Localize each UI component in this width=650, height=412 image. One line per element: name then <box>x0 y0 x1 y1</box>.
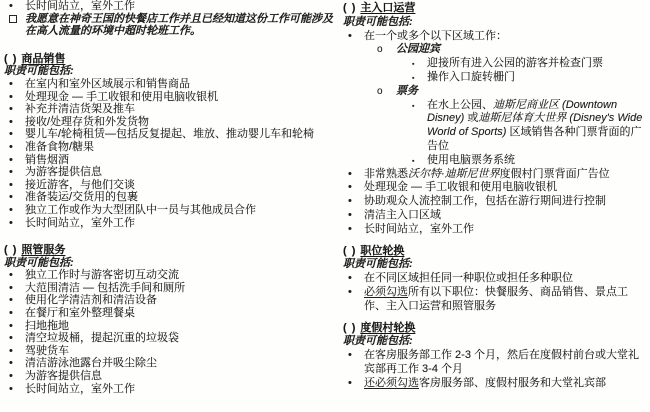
checkbox-parens: ( ) <box>343 2 356 14</box>
bullet-marker: • <box>9 0 13 13</box>
list-item-text: 在不同区域担任同一种职位或担任多种职位 <box>364 272 573 284</box>
section-title: 度假村轮换 <box>360 322 415 334</box>
list-item: •长时间站立，室外工作 <box>4 383 340 396</box>
bullet-marker: • <box>9 294 13 307</box>
bullet-marker: • <box>348 195 352 209</box>
text-run: 大范围清洁 — 包括洗手间和厕所 <box>25 282 185 294</box>
square-marker: ▪ <box>412 100 414 114</box>
bullet-marker: • <box>9 383 13 396</box>
list-item-text: 在餐厅和室外整理餐桌 <box>25 307 135 319</box>
bullet-marker: • <box>9 91 13 104</box>
list-item: •处理现金 — 手工收银和使用电脑收银机 <box>4 91 340 104</box>
bullet-marker: • <box>348 272 352 286</box>
list-item-text: 婴儿车/轮椅租赁—包括反复提起、堆放、推动婴儿车和轮椅 <box>25 128 314 140</box>
square-marker: ▪ <box>412 72 414 86</box>
section-heading: ( )度假村轮换 <box>343 322 648 336</box>
text-run: 在一个或多个以下区域工作： <box>364 30 507 42</box>
list-item-text: 独立工作或作为大型团队中一员与其他成员合作 <box>25 204 256 216</box>
section-title: 照管服务 <box>21 244 65 256</box>
text-run: 或 <box>464 112 478 124</box>
list-item: •长时间站立，室外工作 <box>343 223 648 237</box>
list-item: •在客房服务部工作 2-3 个月，然后在度假村前台或大堂礼宾部再工作 3-4 个… <box>343 349 648 377</box>
list-item-text: 票务 <box>396 85 418 97</box>
bullet-marker: • <box>348 377 352 391</box>
text-run: 非常熟悉 <box>364 168 408 180</box>
list-item: ▪操作入口旋转栅门 <box>343 71 648 85</box>
list-fast-food-carryover-list: •长时间站立，室外工作我愿意在神奇王国的快餐店工作并且已经知道这份工作可能涉及在… <box>4 0 340 38</box>
list-item-text: 销售烟酒 <box>25 154 69 166</box>
section-heading: ( )职位轮换 <box>343 245 648 259</box>
bullet-marker: • <box>9 191 13 204</box>
text-run: 清洁主入口区域 <box>364 209 441 221</box>
text-run: 在客房服务部工作 2-3 个月，然后在度假村前台或大堂礼宾部再工作 3-4 个月 <box>364 349 639 375</box>
scanned-document-page: •长时间站立，室外工作我愿意在神奇王国的快餐店工作并且已经知道这份工作可能涉及在… <box>0 0 650 412</box>
section-main-entrance-operations: ( )主入口运营职责可能包括:•在一个或多个以下区域工作：o公园迎宾▪迎接所有进… <box>343 2 648 237</box>
section-title: 职位轮换 <box>360 245 404 257</box>
left-column: •长时间站立，室外工作我愿意在神奇王国的快餐店工作并且已经知道这份工作可能涉及在… <box>4 0 340 395</box>
text-run: 还必须勾选 <box>364 377 419 389</box>
list-item: ▪使用电脑票务系统 <box>343 154 648 168</box>
text-run: 补充并清洁货架及推车 <box>25 103 135 115</box>
square-marker: ▪ <box>412 155 414 169</box>
section-subtitle: 职责可能包括: <box>343 258 648 272</box>
section-subtitle: 职责可能包括: <box>4 65 340 78</box>
text-run: 操作入口旋转栅门 <box>427 71 515 83</box>
list-item-text: 在水上公园、迪斯尼商业区 (Downtown Disney) 或迪斯尼体育大世界… <box>427 99 642 152</box>
text-run: 接收/处理存货和外发货物 <box>25 116 149 128</box>
list-item-text: 在客房服务部工作 2-3 个月，然后在度假村前台或大堂礼宾部再工作 3-4 个月 <box>364 349 639 375</box>
text-run: 沃尔特·迪斯尼世界 <box>408 168 500 180</box>
text-run: 长时间站立，室外工作 <box>25 383 135 395</box>
section-custodial-services: ( )照管服务职责可能包括:•独立工作时与游客密切互动交流•大范围清洁 — 包括… <box>4 244 340 395</box>
list-item-text: 为游客提供信息 <box>25 166 102 178</box>
section-subtitle: 职责可能包括: <box>343 16 648 30</box>
text-run: 接近游客，与他们交谈 <box>25 179 135 191</box>
list-item: •在室内和室外区域展示和销售商品 <box>4 78 340 91</box>
list-item: •协助观众人流控制工作，包括在游行期间进行控制 <box>343 195 648 209</box>
text-run: 长时间站立，室外工作 <box>25 0 135 12</box>
bullet-marker: • <box>9 370 13 383</box>
bullet-marker: • <box>9 103 13 116</box>
list-item: •还必须勾选客房服务部、度假村服务和大堂礼宾部 <box>343 377 648 391</box>
text-run: 婴儿车/轮椅租赁—包括反复提起、堆放、推动婴儿车和轮椅 <box>25 128 314 140</box>
list-item: •非常熟悉沃尔特·迪斯尼世界度假村门票背面广告位 <box>343 168 648 182</box>
bullet-marker: • <box>9 141 13 154</box>
list-item: •处理现金 — 手工收银和使用电脑收银机 <box>343 181 648 195</box>
text-run: 使用电脑票务系统 <box>427 154 515 166</box>
list-item: •清洁主入口区域 <box>343 209 648 223</box>
text-run: 在餐厅和室外整理餐桌 <box>25 307 135 319</box>
text-run: 长时间站立，室外工作 <box>364 223 474 235</box>
list-item: •接收/处理存货和外发货物 <box>4 116 340 129</box>
bullet-marker: • <box>9 179 13 192</box>
bullet-marker: • <box>348 30 352 44</box>
bullet-marker: • <box>9 154 13 167</box>
list-item-text: 公园迎宾 <box>396 43 440 55</box>
section-position-rotation: ( )职位轮换职责可能包括:•在不同区域担任同一种职位或担任多种职位•必须勾选所… <box>343 245 648 314</box>
list-item: •独立工作或作为大型团队中一员与其他成员合作 <box>4 204 340 217</box>
list-item-text: 准备装运/交货用的包裹 <box>25 191 138 203</box>
section-merchandise-sales: ( )商品销售职责可能包括:•在室内和室外区域展示和销售商品•处理现金 — 手工… <box>4 53 340 229</box>
list-item-text: 大范围清洁 — 包括洗手间和厕所 <box>25 282 185 294</box>
section-title: 主入口运营 <box>360 2 415 14</box>
checkbox-icon <box>9 15 17 23</box>
list-item-text: 长时间站立，室外工作 <box>364 223 474 235</box>
list-item: •补充并清洁货架及推车 <box>4 103 340 116</box>
text-run: 独立工作时与游客密切互动交流 <box>25 269 179 281</box>
list-item-text: 驾驶货车 <box>25 345 69 357</box>
list-item-text: 扫地拖地 <box>25 320 69 332</box>
list-item: o公园迎宾 <box>343 43 648 57</box>
text-run: 在水上公园、 <box>427 99 493 111</box>
text-run: 票务 <box>396 85 418 97</box>
bullet-marker: • <box>9 320 13 333</box>
list-item: •销售烟酒 <box>4 154 340 167</box>
section-heading: ( )主入口运营 <box>343 2 648 16</box>
list-item: •清洁游泳池露台并吸尘除尘 <box>4 357 340 370</box>
list-item: •长时间站立，室外工作 <box>4 217 340 230</box>
list-item-text: 必须勾选所有以下职位：快餐服务、商品销售、景点工作、主入口运营和照管服务 <box>364 286 628 312</box>
text-run: 准备食物/糖果 <box>25 141 94 153</box>
bullet-marker: • <box>9 332 13 345</box>
text-run: 度假村门票背面广告位 <box>500 168 610 180</box>
bullet-marker: • <box>348 209 352 223</box>
bullet-marker: • <box>348 349 352 363</box>
list-item-text: 非常熟悉沃尔特·迪斯尼世界度假村门票背面广告位 <box>364 168 610 180</box>
checkbox-parens: ( ) <box>343 245 356 257</box>
text-run: 在室内和室外区域展示和销售商品 <box>25 78 190 90</box>
section-subtitle: 职责可能包括: <box>4 257 340 270</box>
text-run: 使用化学清洁剂和清洁设备 <box>25 294 157 306</box>
list-item-text: 准备食物/糖果 <box>25 141 94 153</box>
list-item-text: 我愿意在神奇王国的快餐店工作并且已经知道这份工作可能涉及在高人流量的环境中超时轮… <box>25 13 333 38</box>
bullet-marker: • <box>9 166 13 179</box>
section-title: 商品销售 <box>21 53 65 65</box>
text-run: 驾驶货车 <box>25 345 69 357</box>
bullet-marker: • <box>9 78 13 91</box>
bullet-marker: • <box>348 181 352 195</box>
list-item-text: 清洁游泳池露台并吸尘除尘 <box>25 357 157 369</box>
bullet-marker: • <box>9 128 13 141</box>
text-run: 处理现金 — 手工收银和使用电脑收银机 <box>25 91 218 103</box>
text-run: 扫地拖地 <box>25 320 69 332</box>
section-subtitle: 职责可能包括: <box>343 335 648 349</box>
text-run: 清洁游泳池露台并吸尘除尘 <box>25 357 157 369</box>
list-item-text: 迎接所有进入公园的游客并检查门票 <box>427 57 603 69</box>
bullet-marker: • <box>348 168 352 182</box>
bullet-marker: • <box>9 204 13 217</box>
list-item-text: 接近游客，与他们交谈 <box>25 179 135 191</box>
text-run: 为游客提供信息 <box>25 370 102 382</box>
list-item-text: 清洁主入口区域 <box>364 209 441 221</box>
list-item: •为游客提供信息 <box>4 166 340 179</box>
list-item: •扫地拖地 <box>4 320 340 333</box>
list-item-text: 处理现金 — 手工收银和使用电脑收银机 <box>364 181 557 193</box>
circle-marker: o <box>377 43 383 57</box>
square-marker: ▪ <box>412 58 414 72</box>
text-run: 迎接所有进入公园的游客并检查门票 <box>427 57 603 69</box>
list-item: •驾驶货车 <box>4 345 340 358</box>
text-run: 准备装运/交货用的包裹 <box>25 191 138 203</box>
bullet-marker: • <box>348 286 352 300</box>
bullet-marker: • <box>9 269 13 282</box>
text-run: 独立工作或作为大型团队中一员与其他成员合作 <box>25 204 256 216</box>
bullet-marker: • <box>9 357 13 370</box>
list-item: •必须勾选所有以下职位：快餐服务、商品销售、景点工作、主入口运营和照管服务 <box>343 286 648 314</box>
text-run: 公园迎宾 <box>396 43 440 55</box>
list-item-text: 协助观众人流控制工作，包括在游行期间进行控制 <box>364 195 606 207</box>
list-item: •独立工作时与游客密切互动交流 <box>4 269 340 282</box>
list-item: ▪迎接所有进入公园的游客并检查门票 <box>343 57 648 71</box>
list-item: •清空垃圾桶，提起沉重的垃圾袋 <box>4 332 340 345</box>
list-item: •在不同区域担任同一种职位或担任多种职位 <box>343 272 648 286</box>
bullet-marker: • <box>9 217 13 230</box>
list-item: •婴儿车/轮椅租赁—包括反复提起、堆放、推动婴儿车和轮椅 <box>4 128 340 141</box>
list-item-text: 长时间站立，室外工作 <box>25 383 135 395</box>
checkbox-parens: ( ) <box>4 53 17 65</box>
checkbox-parens: ( ) <box>343 322 356 334</box>
circle-marker: o <box>377 85 383 99</box>
text-run: 清空垃圾桶，提起沉重的垃圾袋 <box>25 332 179 344</box>
list-item-text: 长时间站立，室外工作 <box>25 217 135 229</box>
text-run: 处理现金 — 手工收银和使用电脑收银机 <box>364 181 557 193</box>
bullet-marker: • <box>9 116 13 129</box>
bullet-marker: • <box>9 345 13 358</box>
text-run: 销售烟酒 <box>25 154 69 166</box>
right-column: ( )主入口运营职责可能包括:•在一个或多个以下区域工作：o公园迎宾▪迎接所有进… <box>343 0 648 391</box>
text-run: 我愿意在神奇王国的快餐店工作并且已经知道这份工作可能涉及在高人流量的环境中超时轮… <box>25 13 333 38</box>
bullet-marker: • <box>9 307 13 320</box>
list-item-text: 还必须勾选客房服务部、度假村服务和大堂礼宾部 <box>364 377 606 389</box>
list-item-text: 处理现金 — 手工收银和使用电脑收银机 <box>25 91 218 103</box>
text-run: 客房服务部、度假村服务和大堂礼宾部 <box>419 377 606 389</box>
list-item-text: 接收/处理存货和外发货物 <box>25 116 149 128</box>
text-run: 在不同区域担任同一种职位或担任多种职位 <box>364 272 573 284</box>
text-run: 长时间站立，室外工作 <box>25 217 135 229</box>
list-item: ▪在水上公园、迪斯尼商业区 (Downtown Disney) 或迪斯尼体育大世… <box>343 99 648 154</box>
list-item: •准备装运/交货用的包裹 <box>4 191 340 204</box>
checkbox-parens: ( ) <box>4 244 17 256</box>
section-resort-rotation: ( )度假村轮换职责可能包括:•在客房服务部工作 2-3 个月，然后在度假村前台… <box>343 322 648 391</box>
list-item-text: 为游客提供信息 <box>25 370 102 382</box>
list-item-text: 在一个或多个以下区域工作： <box>364 30 507 42</box>
list-item-text: 使用化学清洁剂和清洁设备 <box>25 294 157 306</box>
list-item: •在一个或多个以下区域工作： <box>343 30 648 44</box>
list-item: •长时间站立，室外工作 <box>4 0 340 13</box>
list-item: o票务 <box>343 85 648 99</box>
bullet-marker: • <box>348 223 352 237</box>
list-item-text: 操作入口旋转栅门 <box>427 71 515 83</box>
list-item-text: 独立工作时与游客密切互动交流 <box>25 269 179 281</box>
list-item: •接近游客，与他们交谈 <box>4 179 340 192</box>
list-item: •使用化学清洁剂和清洁设备 <box>4 294 340 307</box>
list-item: •在餐厅和室外整理餐桌 <box>4 307 340 320</box>
section-heading: ( )商品销售 <box>4 53 340 66</box>
text-run: 为游客提供信息 <box>25 166 102 178</box>
section-heading: ( )照管服务 <box>4 244 340 257</box>
list-item-text: 补充并清洁货架及推车 <box>25 103 135 115</box>
bullet-marker: • <box>9 282 13 295</box>
list-item-text: 在室内和室外区域展示和销售商品 <box>25 78 190 90</box>
list-item: 我愿意在神奇王国的快餐店工作并且已经知道这份工作可能涉及在高人流量的环境中超时轮… <box>4 13 340 38</box>
list-item: •准备食物/糖果 <box>4 141 340 154</box>
list-item: •大范围清洁 — 包括洗手间和厕所 <box>4 282 340 295</box>
list-item-text: 使用电脑票务系统 <box>427 154 515 166</box>
list-item: •为游客提供信息 <box>4 370 340 383</box>
text-run: 必须勾选 <box>364 286 408 298</box>
list-item-text: 清空垃圾桶，提起沉重的垃圾袋 <box>25 332 179 344</box>
text-run: 协助观众人流控制工作，包括在游行期间进行控制 <box>364 195 606 207</box>
list-item-text: 长时间站立，室外工作 <box>25 0 135 12</box>
